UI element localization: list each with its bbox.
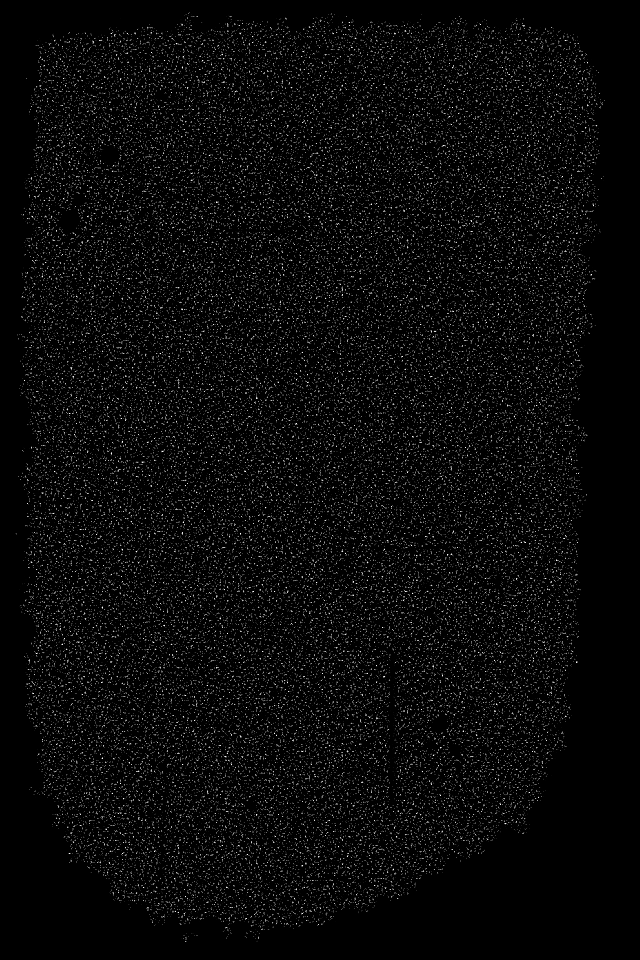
edge-speckles [0,0,640,960]
grunge-texture-frame [0,0,640,960]
grunge-texture [0,0,640,960]
